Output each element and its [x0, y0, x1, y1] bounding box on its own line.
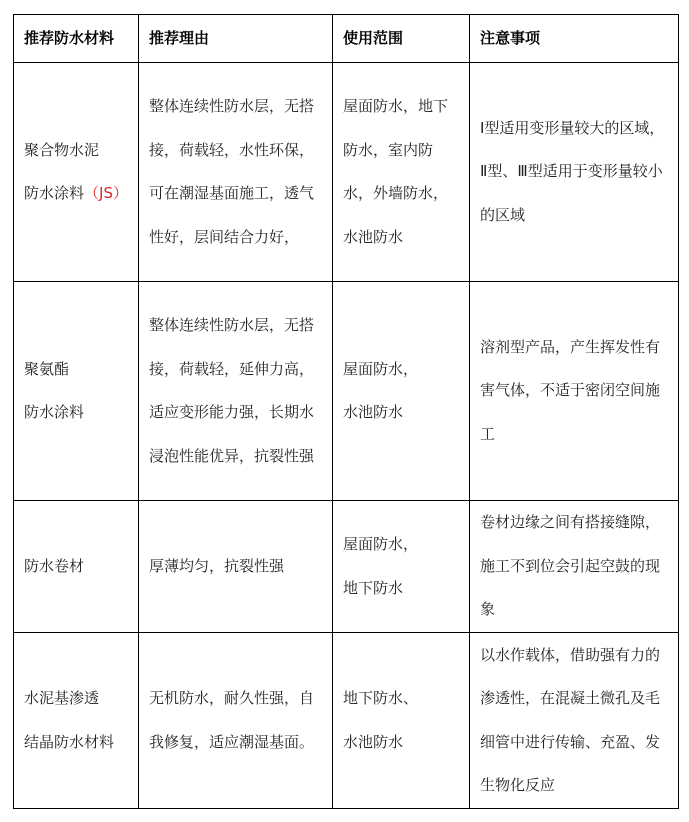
scope-line: 地下防水 [343, 567, 459, 611]
table-row: 水泥基渗透 结晶防水材料 无机防水，耐久性强，自我修复，适应潮湿基面。 地下防水… [14, 633, 679, 809]
table-row: 聚氨酯 防水涂料 整体连续性防水层，无搭接，荷载轻，延伸力高，适应变形能力强，长… [14, 282, 679, 501]
material-cell: 水泥基渗透 结晶防水材料 [14, 633, 139, 809]
scope-line: 屋面防水， [343, 523, 459, 567]
material-name: 聚合物水泥 [24, 129, 128, 173]
notes-cell: 以水作载体，借助强有力的渗透性，在混凝土微孔及毛细管中进行传输、充盈、发生物化反… [470, 633, 679, 809]
scope-cell: 屋面防水， 地下防水 [333, 501, 470, 633]
material-name-line2: 结晶防水材料 [24, 721, 128, 765]
scope-cell: 屋面防水， 水池防水 [333, 282, 470, 501]
material-name: 聚氨酯 [24, 348, 128, 392]
scope-cell: 地下防水、 水池防水 [333, 633, 470, 809]
material-abbrev: （JS） [84, 184, 128, 202]
scope-line: 水池防水 [343, 721, 459, 765]
reason-cell: 整体连续性防水层，无搭接，荷载轻，水性环保，可在潮湿基面施工，透气性好，层间结合… [139, 63, 333, 282]
header-material: 推荐防水材料 [14, 15, 139, 63]
material-name-part: 防水涂料 [24, 184, 84, 202]
material-name: 水泥基渗透 [24, 677, 128, 721]
header-scope: 使用范围 [333, 15, 470, 63]
table-header-row: 推荐防水材料 推荐理由 使用范围 注意事项 [14, 15, 679, 63]
header-notes: 注意事项 [470, 15, 679, 63]
notes-cell: Ⅰ型适用变形量较大的区域，Ⅱ型、Ⅲ型适用于变形量较小的区域 [470, 63, 679, 282]
reason-cell: 整体连续性防水层，无搭接，荷载轻，延伸力高，适应变形能力强，长期水浸泡性能优异，… [139, 282, 333, 501]
material-cell: 聚合物水泥 防水涂料（JS） [14, 63, 139, 282]
scope-line: 屋面防水， [343, 348, 459, 392]
material-cell: 防水卷材 [14, 501, 139, 633]
material-name-line2: 防水涂料（JS） [24, 172, 128, 216]
waterproof-materials-table: 推荐防水材料 推荐理由 使用范围 注意事项 聚合物水泥 防水涂料（JS） 整体连… [13, 14, 679, 809]
scope-cell: 屋面防水，地下防水，室内防水，外墙防水，水池防水 [333, 63, 470, 282]
notes-cell: 卷材边缘之间有搭接缝隙，施工不到位会引起空鼓的现象 [470, 501, 679, 633]
scope-line: 水池防水 [343, 391, 459, 435]
scope-line: 地下防水、 [343, 677, 459, 721]
reason-cell: 厚薄均匀，抗裂性强 [139, 501, 333, 633]
material-name-line2: 防水涂料 [24, 391, 128, 435]
header-reason: 推荐理由 [139, 15, 333, 63]
table-row: 聚合物水泥 防水涂料（JS） 整体连续性防水层，无搭接，荷载轻，水性环保，可在潮… [14, 63, 679, 282]
notes-cell: 溶剂型产品，产生挥发性有害气体，不适于密闭空间施工 [470, 282, 679, 501]
reason-cell: 无机防水，耐久性强，自我修复，适应潮湿基面。 [139, 633, 333, 809]
table-row: 防水卷材 厚薄均匀，抗裂性强 屋面防水， 地下防水 卷材边缘之间有搭接缝隙，施工… [14, 501, 679, 633]
material-cell: 聚氨酯 防水涂料 [14, 282, 139, 501]
